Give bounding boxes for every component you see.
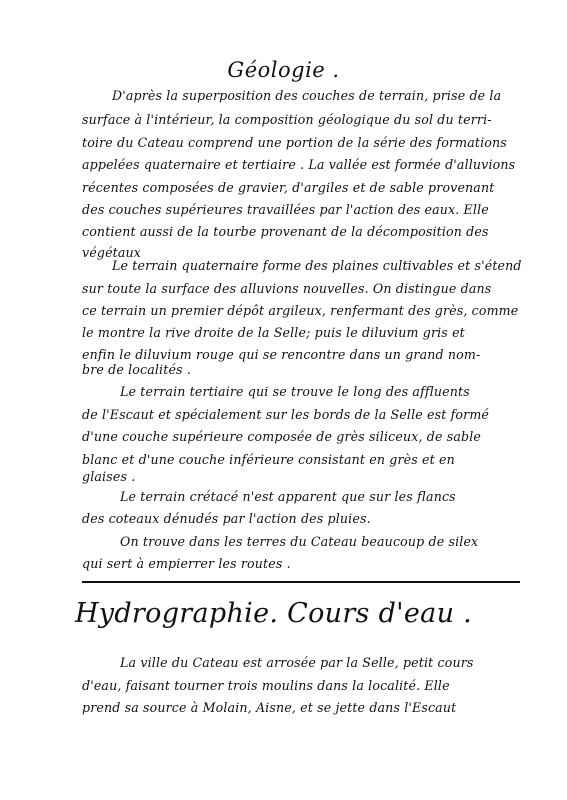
text-line: Le terrain tertiaire qui se trouve le lo… — [120, 384, 522, 400]
text-line: D'après la superposition des couches de … — [112, 88, 522, 104]
text-line: d'une couche supérieure composée de grès… — [82, 429, 522, 445]
text-line: contient aussi de la tourbe provenant de… — [82, 224, 522, 240]
manuscript-page: Géologie . D'après la superposition des … — [0, 0, 567, 800]
text-line: de l'Escaut et spécialement sur les bord… — [82, 407, 522, 423]
text-line: glaises . — [82, 469, 522, 485]
text-line: des couches supérieures travaillées par … — [82, 202, 522, 218]
section-divider — [82, 581, 520, 583]
section-title-geologie: Géologie . — [0, 58, 567, 82]
text-line: blanc et d'une couche inférieure consist… — [82, 452, 522, 468]
text-line: enfin le diluvium rouge qui se rencontre… — [82, 347, 522, 363]
text-line: On trouve dans les terres du Cateau beau… — [120, 534, 522, 550]
text-line: le montre la rive droite de la Selle; pu… — [82, 325, 522, 341]
text-line: appelées quaternaire et tertiaire . La v… — [82, 157, 522, 173]
text-line: Le terrain crétacé n'est apparent que su… — [120, 489, 522, 505]
text-line: récentes composées de gravier, d'argiles… — [82, 180, 522, 196]
text-line: toire du Cateau comprend une portion de … — [82, 135, 522, 151]
text-line: qui sert à empierrer les routes . — [82, 556, 522, 572]
text-line: ce terrain un premier dépôt argileux, re… — [82, 303, 522, 319]
text-line: sur toute la surface des alluvions nouve… — [82, 281, 522, 297]
text-line: Le terrain quaternaire forme des plaines… — [112, 258, 522, 274]
text-line: des coteaux dénudés par l'action des plu… — [82, 511, 522, 527]
text-line: prend sa source à Molain, Aisne, et se j… — [82, 700, 522, 716]
text-line: d'eau, faisant tourner trois moulins dan… — [82, 678, 522, 694]
section-title-hydrographie: Hydrographie. Cours d'eau . — [0, 598, 557, 629]
text-line: La ville du Cateau est arrosée par la Se… — [120, 655, 522, 671]
text-line: bre de localités . — [82, 362, 522, 378]
text-line: surface à l'intérieur, la composition gé… — [82, 112, 522, 128]
